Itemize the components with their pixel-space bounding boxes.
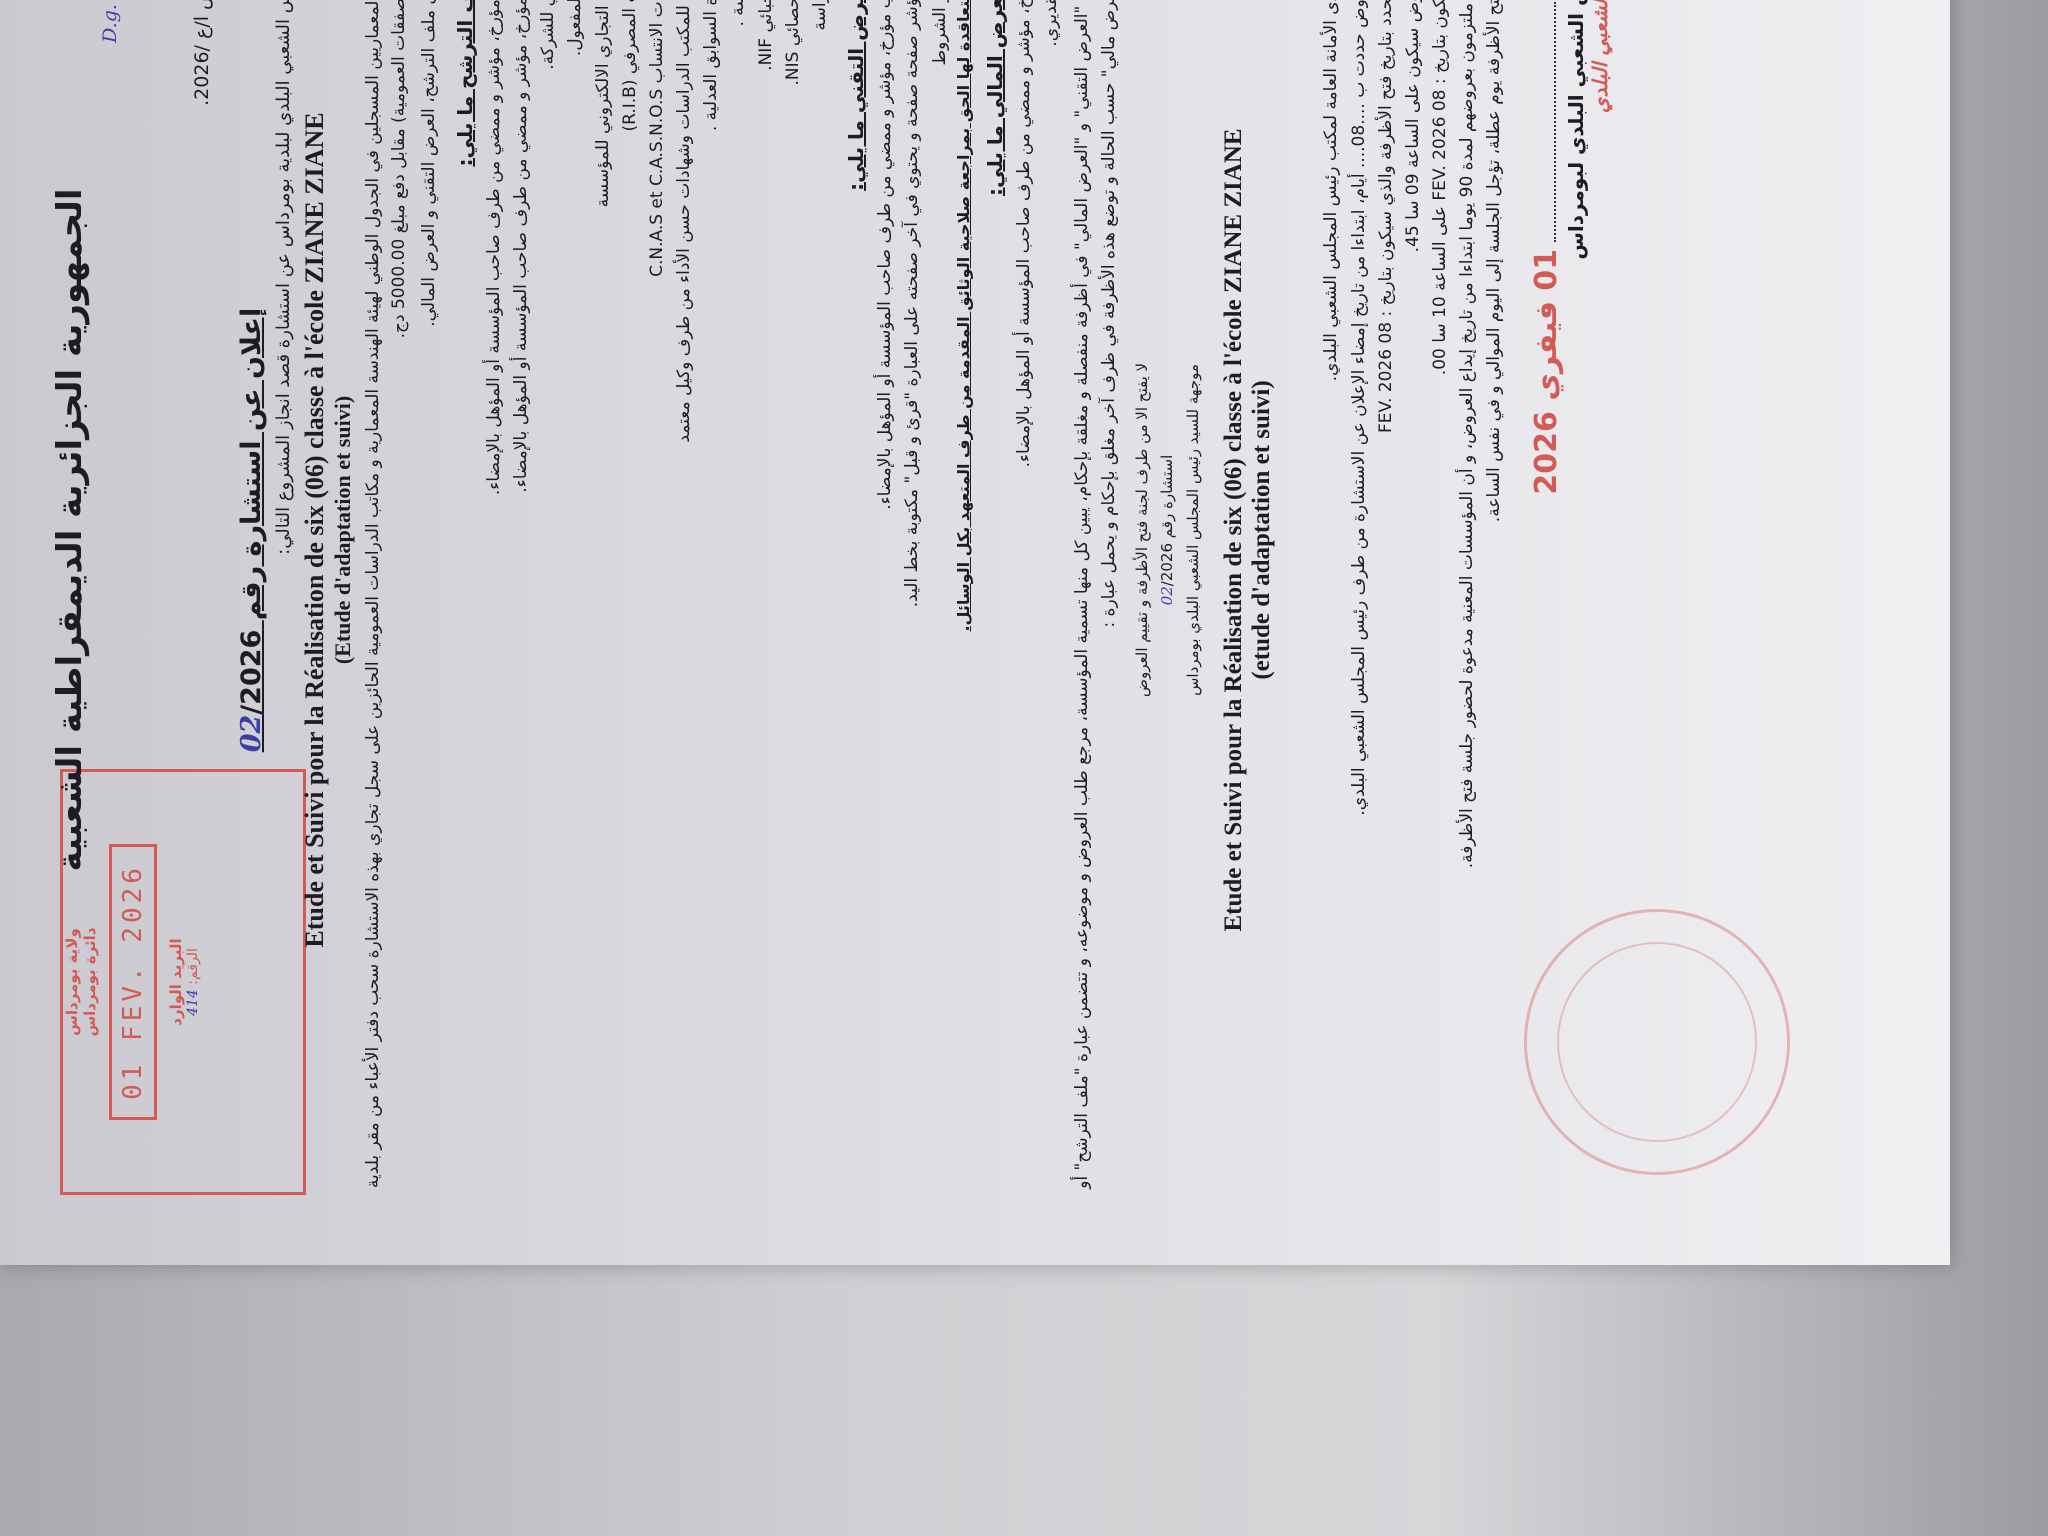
list-item: وقت إيداع العروض سيكون على الساعة 09 سا …: [1400, 0, 1427, 1195]
list-item: مدة تحضير العروض حددت ب ....08.... أيام،…: [1346, 0, 1373, 1195]
list-item: تصريح بالترشح مؤرخ، مؤشر و ممضي من طرف ص…: [481, 0, 508, 1195]
envelope-consultation-number: 02: [1158, 586, 1176, 605]
project-title-fr: Etude et Suivi pour la Réalisation de si…: [300, 0, 330, 1195]
list-item: رقم التعريف الإحصائي NIS.: [780, 0, 807, 1195]
document-page: ولاية بومرداس دائرة بومرداس 01 FEV. 2026…: [0, 0, 1950, 1265]
date-dotted-line: [1554, 2, 1556, 242]
list-item: إيداع العروض محدد بتاريخ فتح الأظرفة وال…: [1373, 0, 1400, 1195]
list-item: تفصيل كمي و تقديري.: [1038, 0, 1065, 1195]
important-note: هام: للمصلحة المتعاقدة لها الحق بمراجعة …: [954, 0, 973, 1195]
technical-items: التصريح بالاكتتاب مؤرخ، مؤشر و ممضي من ط…: [872, 0, 954, 1195]
list-item: التصريح بالاكتتاب مؤرخ، مؤشر و ممضي من ط…: [872, 0, 899, 1195]
project-section-title: المشروع:: [1290, 0, 1318, 1195]
list-item: دفتر الشروط مؤشر صفحة صفحة و يحتوي في آخ…: [899, 0, 926, 1195]
consultation-year: /2026: [236, 630, 267, 715]
list-item: نسخة من شهادات الانتساب C.N.A.S et C.A.S…: [644, 0, 671, 1195]
round-official-seal: [1524, 909, 1790, 1175]
section-candidacy-title: I - يتضمن ملف الترشح ما يلي:: [453, 0, 477, 1195]
red-date-stamp: 01 فيفري 2026: [1529, 249, 1564, 495]
list-item: تفاصيل الحساب المصرفي (R.I.B): [617, 0, 644, 1195]
project-subtitle-fr: (Etude d'adaptation et suivi): [330, 0, 356, 1195]
handwritten-initials: D.g. P: [99, 0, 121, 43]
section-technical-title: II - يتضمن العرض التقني ما يلي:: [844, 0, 868, 1195]
list-item: فتح الأظرفة سيكون بتاريخ : 08 FEV. 2026 …: [1427, 0, 1454, 1195]
list-item: اجال التنفيذ الدراسة: [807, 0, 834, 1195]
envelope-line-1: لا يفتح الا من طرف لجنة فتح الأظرفة و تق…: [1130, 0, 1156, 1195]
consultation-number: 02: [236, 715, 267, 753]
list-item: تصريح بالنزاهة مؤرخ، مؤشر و ممضي من طرف …: [508, 0, 535, 1195]
announcement-title-text: إعلان عن استشارة رقم: [236, 308, 267, 621]
republic-header: الجمهورية الجزائرية الديمقراطية الشعبية: [50, 0, 90, 1195]
candidacy-items: تصريح بالترشح مؤرخ، مؤشر و ممضي من طرف ص…: [481, 0, 834, 1195]
list-item: نسخة من سجل التجاري الالكتروني للمؤسسة: [590, 0, 617, 1195]
list-item: نسخة من شهادة السوابق العدلية .: [698, 0, 725, 1195]
envelope-year: /2026: [1158, 543, 1176, 586]
list-item: الاعتماد ساري المفعول.: [562, 0, 589, 1195]
envelope-consultation-label: استشارة رقم: [1158, 455, 1176, 538]
list-item: الحصائل المهنية للمكتب الدراسات وشهادات …: [671, 0, 698, 1195]
project-conditions: تودع العروض لدى الأمانة العامة لمكتب رئي…: [1318, 0, 1508, 1195]
list-item: رسالة تعهد مؤرخ، مؤشر و ممضي من طرف صاحب…: [1011, 0, 1038, 1195]
baladia-label: بلدية بومرداس: [155, 0, 184, 1195]
reference-number: رقم: 0382 /م ص ا/ع /2026.: [188, 0, 217, 1195]
list-item: يبقى المتعهدون ملتزمون بعروضهم لمدة 90 ي…: [1454, 0, 1481, 1195]
issuer-block: ولاية بومرداس D.g. P دائرة بومرداس بلدية…: [96, 0, 218, 1195]
offer-note: تشمل العروض على ملف الترشح، العرض التقني…: [416, 0, 442, 1195]
project-block-subtitle: (etude d'adaptation et suivi): [1248, 0, 1276, 1195]
project-block: Etude et Suivi pour la Réalisation de si…: [1220, 0, 1276, 1195]
packaging-instructions: يوضع ملف الترشح، "العرض التقني" و "العرض…: [1069, 0, 1122, 1195]
envelope-label: لا يفتح الا من طرف لجنة فتح الأظرفة و تق…: [1130, 0, 1207, 1195]
list-item: القانون الأساسي للشركة.: [535, 0, 562, 1195]
list-item: مدة انجاز الدراسة .: [725, 0, 752, 1195]
section-financial-title: III - يتضمن العرض المالي ما يلي:: [983, 0, 1007, 1195]
list-item: إذا صادف يوم فتح الأظرفة يوم عطلة، تؤجل …: [1481, 0, 1508, 1195]
financial-items: رسالة تعهد مؤرخ، مؤشر و ممضي من طرف صاحب…: [1011, 0, 1065, 1195]
ref-suffix: /م ص ا/ع /2026.: [191, 0, 213, 106]
eligibility-paragraph: بإمكان المهندسين المعماريين المسجلين في …: [360, 0, 413, 1195]
project-block-title: Etude et Suivi pour la Réalisation de si…: [1220, 0, 1248, 1195]
daira-label: دائرة بومرداس: [125, 0, 154, 1195]
list-item: رقم التعريف الجبائي NIF.: [753, 0, 780, 1195]
announcement-intro: يعلن رئيس المجلس الشعبي البلدي لبلدية بو…: [273, 0, 294, 1195]
announcement-title: إعلان عن استشارة رقم 02/2026: [236, 0, 267, 1195]
list-item: وصل اقتناء دفتر الشروط: [927, 0, 954, 1195]
envelope-line-3: موجهة للسيد رئيس المجلس الشعبي البلدي بو…: [1181, 0, 1207, 1195]
list-item: تودع العروض لدى الأمانة العامة لمكتب رئي…: [1318, 0, 1345, 1195]
